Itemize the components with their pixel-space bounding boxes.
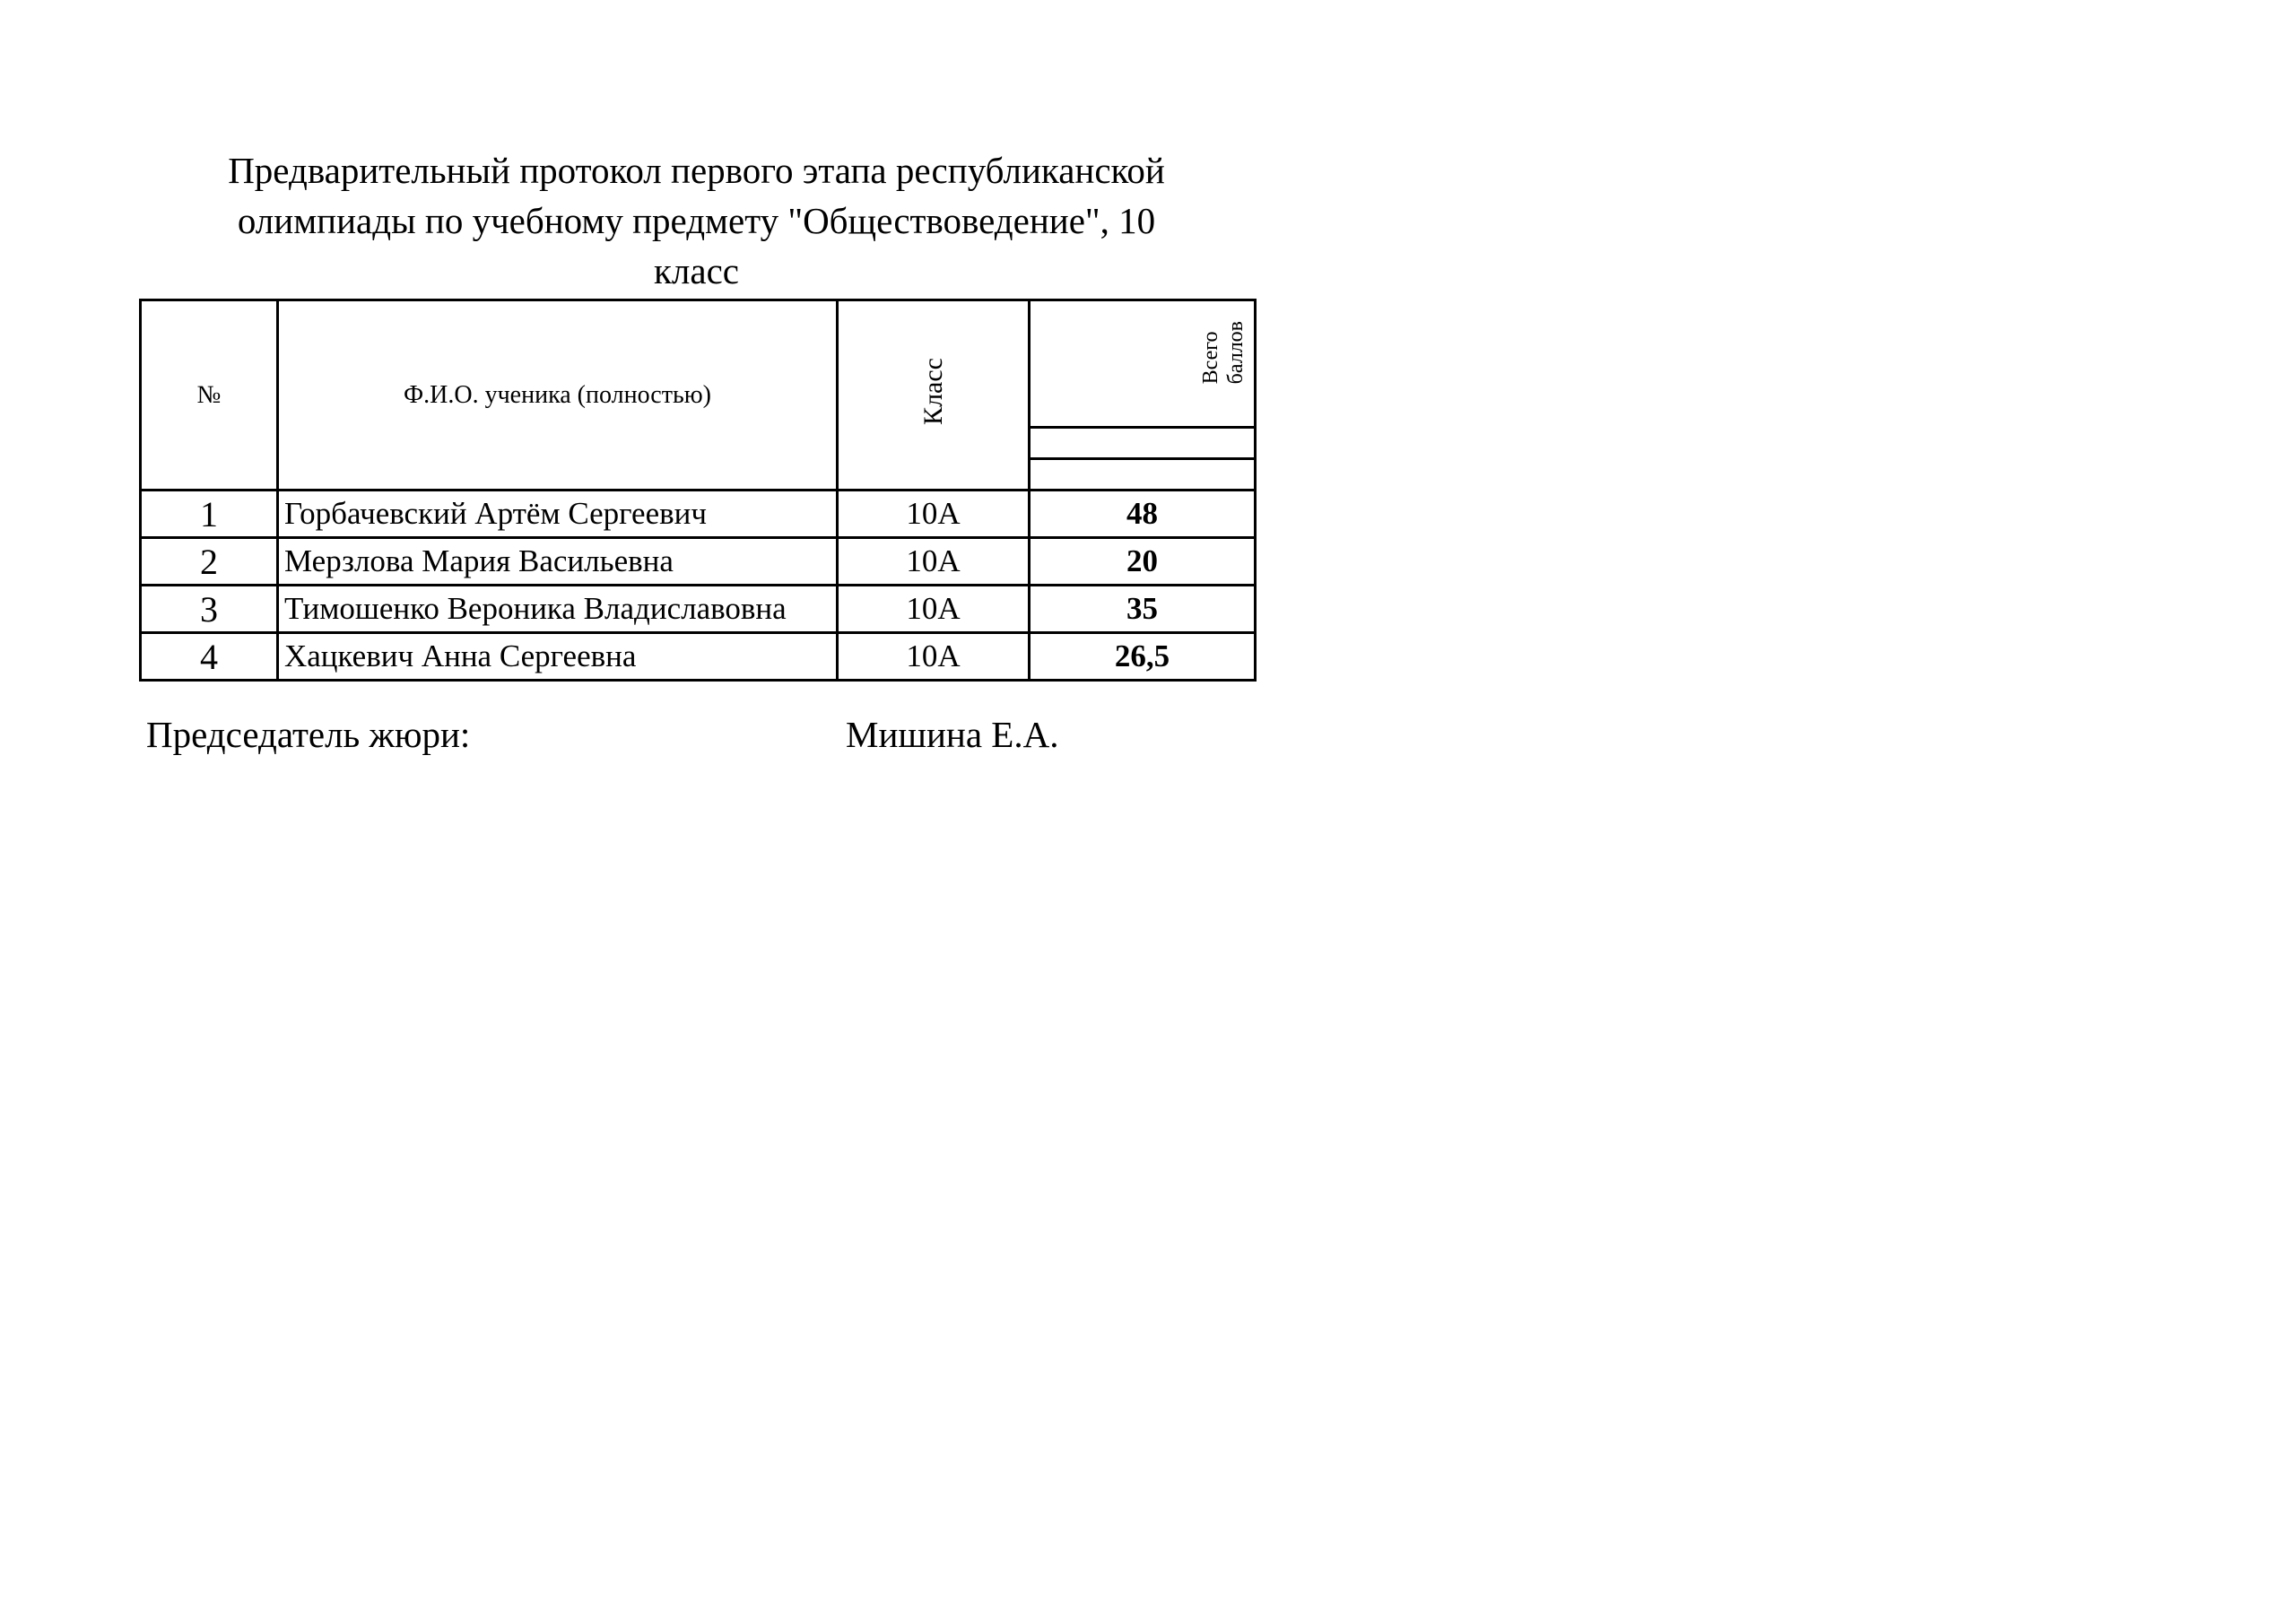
header-number: № — [141, 300, 278, 491]
results-table: № Ф.И.О. ученика (полностью) Класс Всего… — [139, 299, 1257, 682]
cell-number: 4 — [141, 633, 278, 681]
cell-class: 10А — [838, 633, 1030, 681]
cell-number: 2 — [141, 538, 278, 586]
title-line-1: Предварительный протокол первого этапа р… — [139, 145, 1254, 195]
header-total-score: Всего баллов — [1030, 300, 1256, 428]
document-title: Предварительный протокол первого этапа р… — [139, 145, 1254, 296]
cell-number: 3 — [141, 586, 278, 633]
table-row: 2 Мерзлова Мария Васильевна 10А 20 — [141, 538, 1256, 586]
cell-name: Хацкевич Анна Сергеевна — [278, 633, 838, 681]
header-empty-cell — [1030, 428, 1256, 459]
jury-chair-name: Мишина Е.А. — [846, 713, 1058, 756]
table-row: 4 Хацкевич Анна Сергеевна 10А 26,5 — [141, 633, 1256, 681]
cell-class: 10А — [838, 538, 1030, 586]
title-line-2: олимпиады по учебному предмету "Общество… — [139, 195, 1254, 246]
header-full-name: Ф.И.О. ученика (полностью) — [278, 300, 838, 491]
cell-score: 20 — [1030, 538, 1256, 586]
cell-score: 35 — [1030, 586, 1256, 633]
cell-number: 1 — [141, 491, 278, 538]
table-row: 1 Горбачевский Артём Сергеевич 10А 48 — [141, 491, 1256, 538]
cell-score: 48 — [1030, 491, 1256, 538]
header-empty-cell — [1030, 459, 1256, 491]
cell-class: 10А — [838, 586, 1030, 633]
cell-name: Тимошенко Вероника Владиславовна — [278, 586, 838, 633]
header-class: Класс — [838, 300, 1030, 491]
cell-class: 10А — [838, 491, 1030, 538]
cell-name: Горбачевский Артём Сергеевич — [278, 491, 838, 538]
header-total-line-2: баллов — [1224, 321, 1248, 384]
cell-name: Мерзлова Мария Васильевна — [278, 538, 838, 586]
header-total-line-1: Всего — [1199, 332, 1222, 385]
title-line-3: класс — [139, 246, 1254, 296]
table-header-row: № Ф.И.О. ученика (полностью) Класс Всего… — [141, 300, 1256, 428]
table-row: 3 Тимошенко Вероника Владиславовна 10А 3… — [141, 586, 1256, 633]
jury-chair-label: Председатель жюри: — [146, 713, 470, 756]
cell-score: 26,5 — [1030, 633, 1256, 681]
